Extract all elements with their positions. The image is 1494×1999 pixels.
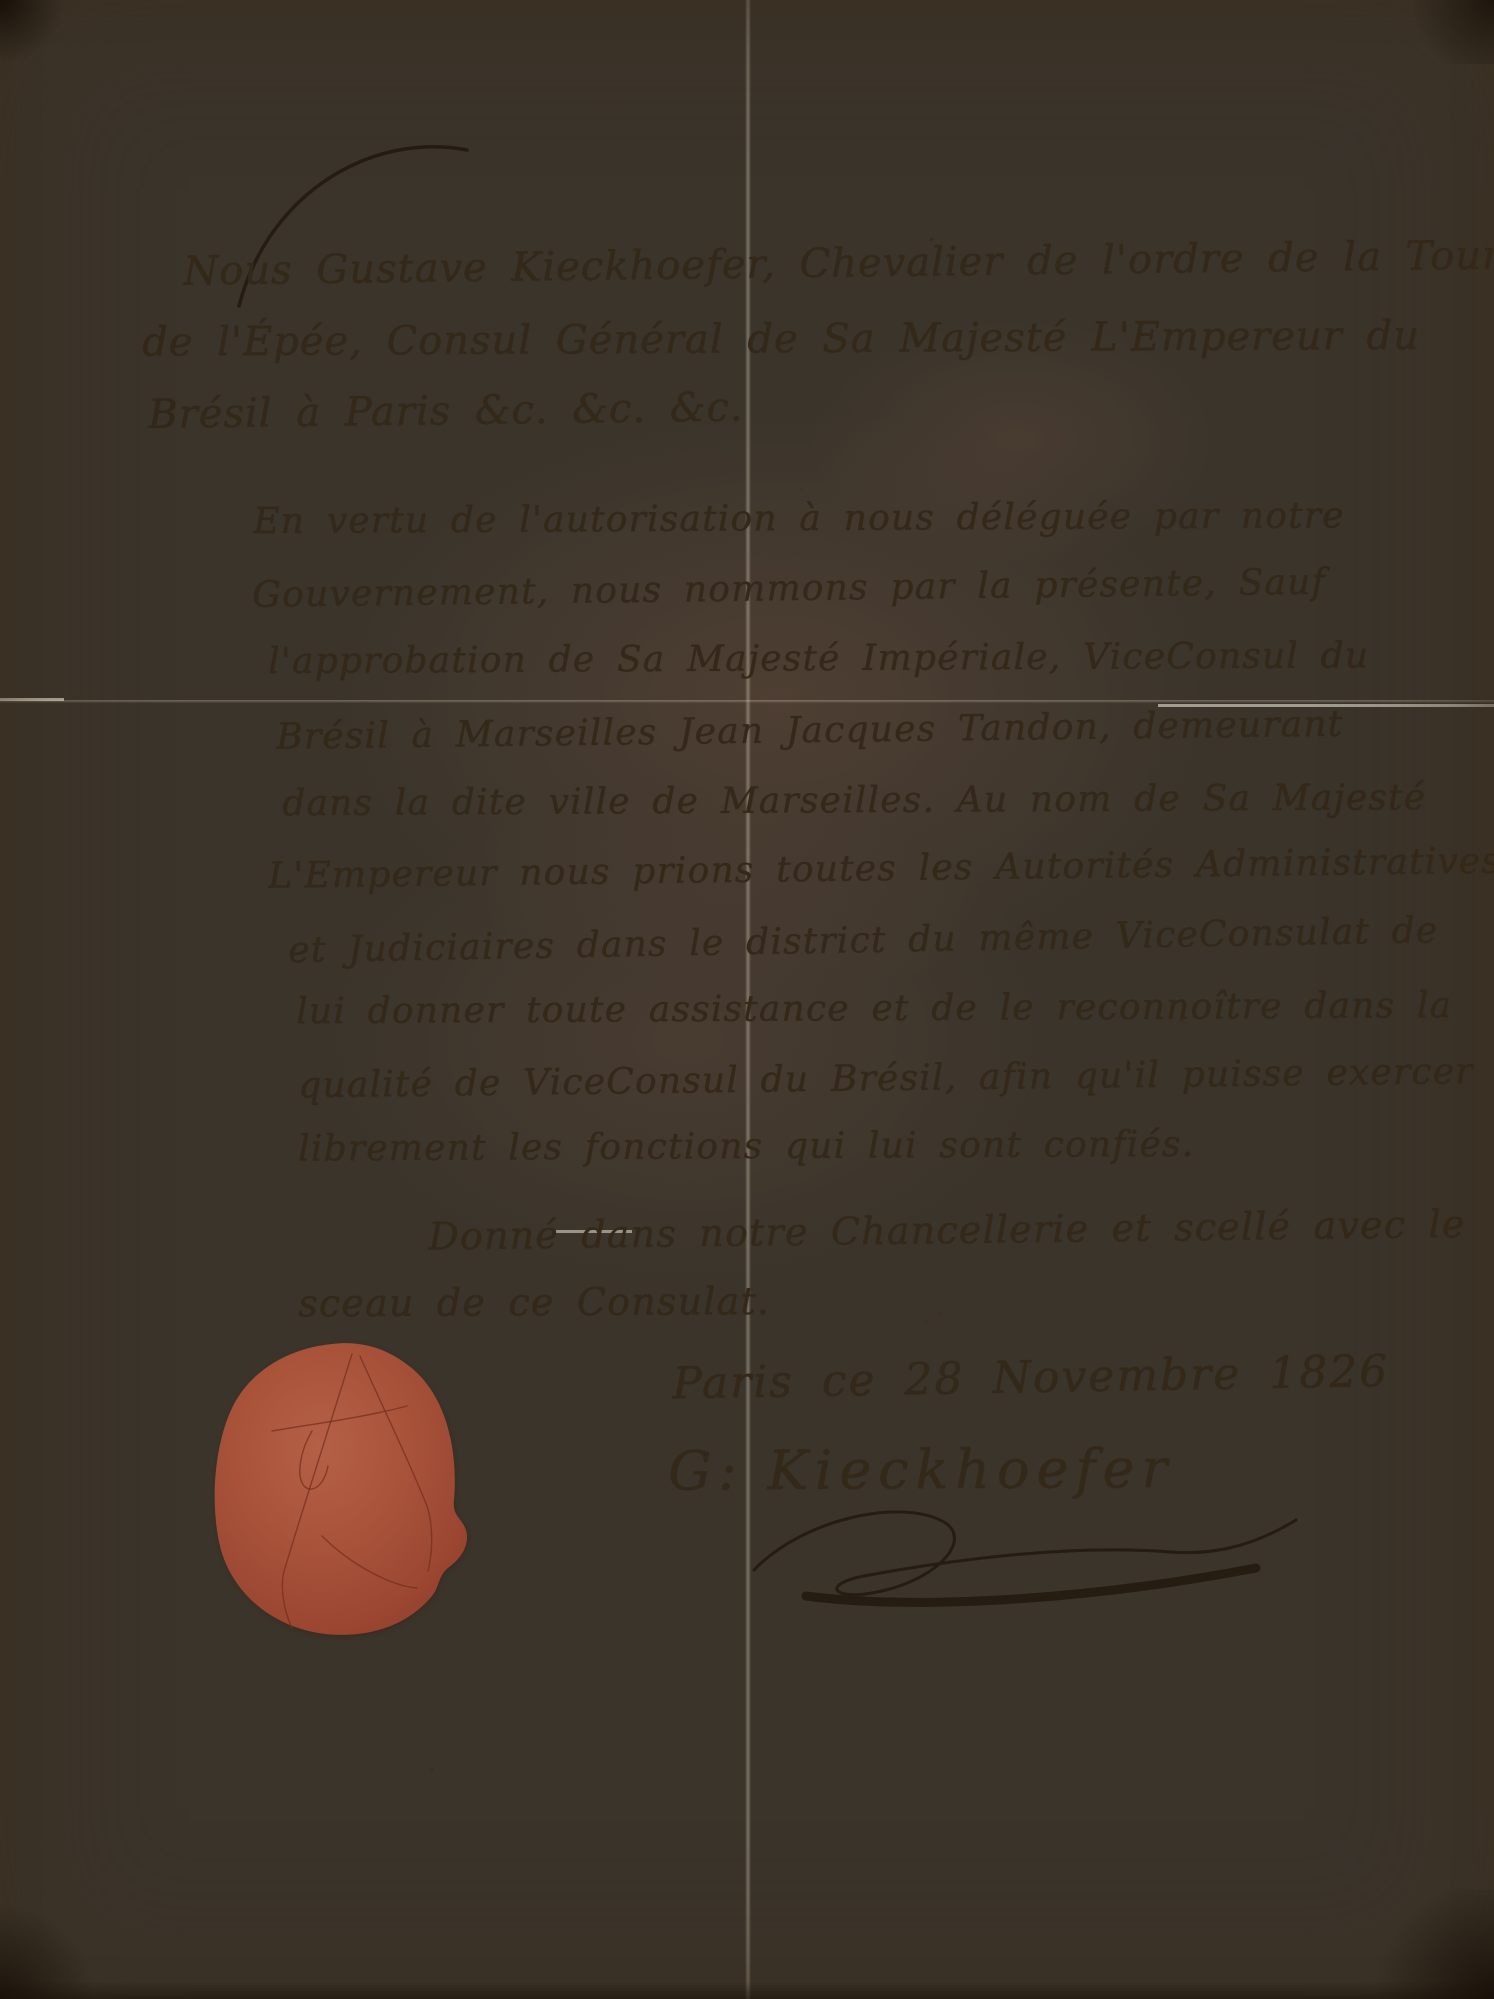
body-line: dans la dite ville de Marseilles. Au nom… [282, 777, 1426, 824]
opening-line: Brésil à Paris &c. &c. &c. [148, 384, 744, 437]
body-line: et Judiciaires dans le district du même … [288, 910, 1439, 971]
signature: G: Kieckhoefer [668, 1437, 1174, 1503]
wax-seal [192, 1336, 488, 1642]
body-line: En vertu de l'autorisation à nous délégu… [253, 495, 1345, 542]
body-line: l'approbation de Sa Majesté Impériale, V… [268, 635, 1369, 682]
bottom-edge-shadow [0, 1981, 1494, 1999]
corner-shadow [1384, 0, 1494, 64]
body-line: L'Empereur nous prions toutes les Autori… [268, 840, 1494, 896]
closing-line: sceau de ce Consulat. [298, 1279, 770, 1325]
horizontal-fold-crease [0, 700, 1494, 703]
body-line: librement les fonctions qui lui sont con… [298, 1124, 1194, 1170]
body-line: qualité de ViceConsul du Brésil, afin qu… [298, 1051, 1474, 1106]
dateline: Paris ce 28 Novembre 1826 [672, 1346, 1390, 1410]
body-line: lui donner toute assistance et de le rec… [296, 985, 1452, 1032]
manuscript-page: Nous Gustave Kieckhoefer, Chevalier de l… [0, 0, 1494, 1999]
signature-flourish [740, 1496, 1320, 1626]
corner-shadow [0, 0, 80, 60]
body-line: Brésil à Marseilles Jean Jacques Tandon,… [276, 703, 1344, 757]
closing-line: Donné dans notre Chancellerie et scellé … [428, 1202, 1466, 1259]
opening-line: de l'Épée, Consul Général de Sa Majesté … [142, 313, 1420, 366]
body-line: Gouvernement, nous nommons par la présen… [252, 561, 1326, 615]
crease-glint [0, 698, 64, 701]
